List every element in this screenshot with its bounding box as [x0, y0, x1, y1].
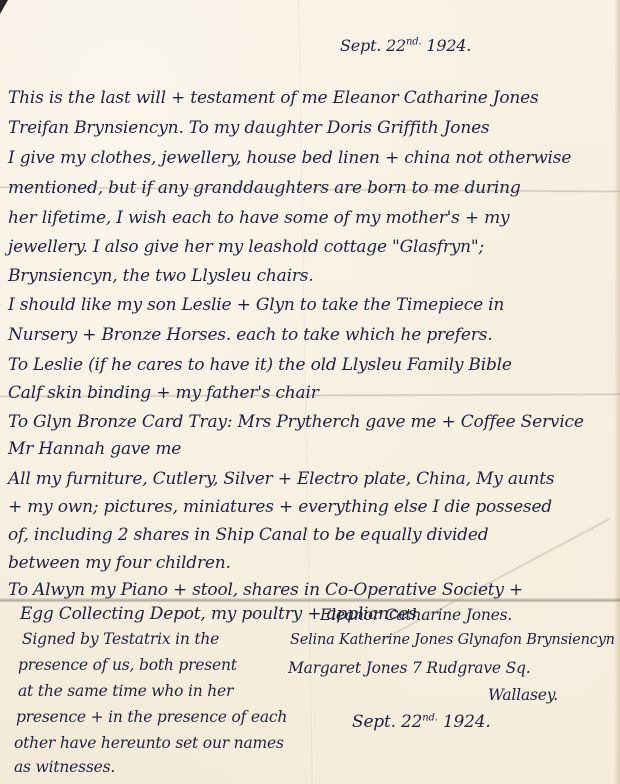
torn-corner	[0, 0, 8, 14]
body-line: her lifetime, I wish each to have some o…	[8, 208, 509, 228]
attestation-line: at the same time who in her	[18, 682, 233, 700]
body-line: mentioned, but if any granddaughters are…	[8, 178, 521, 198]
attestation-line: as witnesses.	[14, 758, 115, 776]
attestation-line: Signed by Testatrix in the	[22, 630, 219, 648]
body-line: To Leslie (if he cares to have it) the o…	[8, 355, 512, 375]
footer-date-year: 1924.	[443, 712, 491, 732]
body-line: To Glyn Bronze Card Tray: Mrs Prytherch …	[8, 412, 584, 432]
witness-1-signature: Selina Katherine Jones Glynafon Brynsien…	[290, 632, 615, 648]
footer-date-day: Sept. 22	[352, 712, 422, 732]
footer-date: Sept. 22nd. 1924.	[352, 712, 491, 732]
footer-date-suffix: nd.	[422, 712, 437, 723]
body-line: Mr Hannah gave me	[8, 439, 181, 459]
attestation-line: presence of us, both present	[18, 656, 237, 674]
body-line: jewellery. I also give her my leashold c…	[8, 237, 484, 257]
header-date: Sept. 22nd. 1924.	[340, 36, 471, 55]
body-line: All my furniture, Cutlery, Silver + Elec…	[8, 469, 554, 489]
body-line: of, including 2 shares in Ship Canal to …	[8, 525, 488, 545]
body-line: Calf skin binding + my father's chair	[8, 383, 319, 403]
body-line: To Alwyn my Piano + stool, shares in Co-…	[8, 580, 523, 600]
body-line: Treifan Brynsiencyn. To my daughter Dori…	[8, 118, 489, 138]
body-line: Nursery + Bronze Horses. each to take wh…	[8, 325, 492, 345]
will-document-page: Sept. 22nd. 1924. This is the last will …	[0, 0, 620, 784]
body-line: I give my clothes, jewellery, house bed …	[8, 148, 571, 168]
attestation-line: other have hereunto set our names	[14, 734, 284, 752]
body-line: between my four children.	[8, 553, 231, 573]
witness-2-signature: Margaret Jones 7 Rudgrave Sq.	[288, 659, 530, 677]
header-date-suffix: nd.	[406, 37, 421, 48]
witness-2-address-town: Wallasey.	[488, 686, 558, 704]
testatrix-signature: Eleanor Catharine Jones.	[320, 606, 512, 624]
header-date-year: 1924.	[426, 36, 471, 55]
body-line: This is the last will + testament of me …	[8, 88, 539, 108]
attestation-line: presence + in the presence of each	[16, 708, 287, 726]
header-date-day: Sept. 22	[340, 36, 406, 55]
body-line: Brynsiencyn, the two Llysleu chairs.	[8, 266, 314, 286]
body-line: I should like my son Leslie + Glyn to ta…	[8, 295, 504, 315]
body-line: + my own; pictures, miniatures + everyth…	[8, 497, 552, 517]
